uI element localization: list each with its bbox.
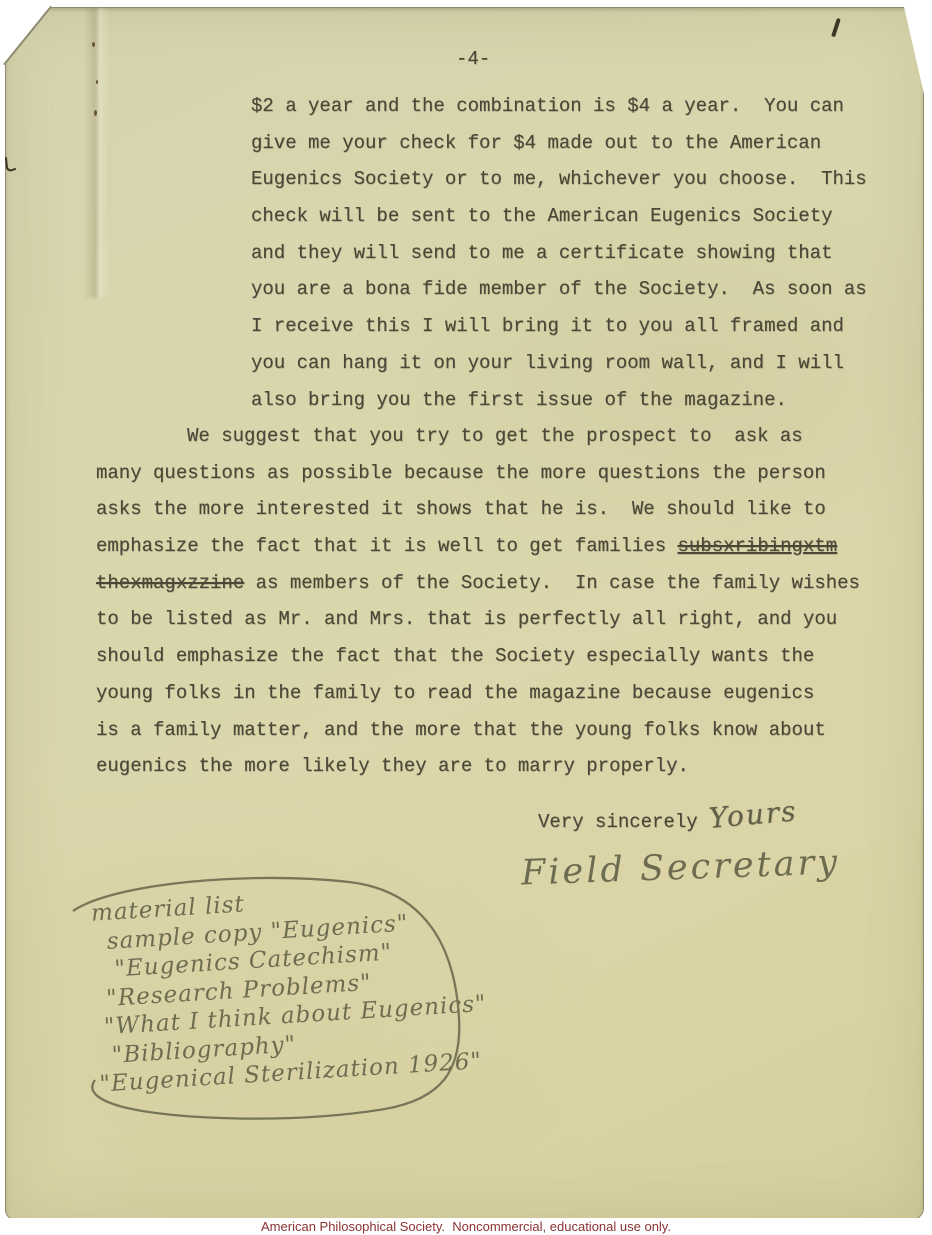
strikethrough-text: subsxribingxtm xyxy=(678,535,838,557)
ink-speck xyxy=(92,42,95,47)
typed-line-with-strikeout: emphasize the fact that it is well to ge… xyxy=(96,528,860,565)
paragraph-1: $2 a year and the combination is $4 a ye… xyxy=(251,88,867,418)
clipped-corner-top-right xyxy=(902,7,924,95)
typed-line: also bring you the first issue of the ma… xyxy=(251,382,867,419)
torn-corner-top-left xyxy=(5,7,53,65)
typed-line: and they will send to me a certificate s… xyxy=(251,235,867,272)
page-number: -4- xyxy=(456,48,490,70)
typed-line: you can hang it on your living room wall… xyxy=(251,345,867,382)
typed-line: I receive this I will bring it to you al… xyxy=(251,308,867,345)
paragraph-2: We suggest that you try to get the prosp… xyxy=(96,418,860,785)
handwritten-notes-list: material list sample copy "Eugenics" "Eu… xyxy=(82,876,491,1099)
closing-line: Very sincerely Yours xyxy=(538,798,798,838)
ink-speck xyxy=(96,80,98,84)
typed-line: check will be sent to the American Eugen… xyxy=(251,198,867,235)
ink-speck xyxy=(94,110,97,116)
scanned-letter-page: -4- $2 a year and the combination is $4 … xyxy=(0,0,932,1235)
typed-line: you are a bona fide member of the Societ… xyxy=(251,271,867,308)
typed-line: We suggest that you try to get the prosp… xyxy=(96,418,860,455)
typed-line: to be listed as Mr. and Mrs. that is per… xyxy=(96,601,860,638)
typed-text: as members of the Society. In case the f… xyxy=(244,572,860,594)
strikethrough-text: thexmagxzzine xyxy=(96,572,244,594)
typed-line: give me your check for $4 made out to th… xyxy=(251,125,867,162)
typed-line: Eugenics Society or to me, whichever you… xyxy=(251,161,867,198)
typed-line: eugenics the more likely they are to mar… xyxy=(96,748,860,785)
pen-mark-left-edge xyxy=(4,156,18,172)
paper-sheet: -4- $2 a year and the combination is $4 … xyxy=(5,7,924,1220)
typed-line: is a family matter, and the more that th… xyxy=(96,712,860,749)
typed-line: should emphasize the fact that the Socie… xyxy=(96,638,860,675)
footer-credit: American Philosophical Society. Noncomme… xyxy=(261,1219,671,1234)
fold-crease xyxy=(84,8,110,298)
closing-typed: Very sincerely xyxy=(538,811,698,833)
typed-line: many questions as possible because the m… xyxy=(96,455,860,492)
handwritten-yours: Yours xyxy=(707,791,799,839)
scan-footer: American Philosophical Society. Noncomme… xyxy=(0,1218,932,1235)
typed-line: $2 a year and the combination is $4 a ye… xyxy=(251,88,867,125)
typed-line-with-strikeout: thexmagxzzine as members of the Society.… xyxy=(96,565,860,602)
pen-mark-top-right xyxy=(831,18,841,37)
field-secretary-signature: Field Secretary xyxy=(520,842,840,893)
typed-line: asks the more interested it shows that h… xyxy=(96,491,860,528)
typed-line: young folks in the family to read the ma… xyxy=(96,675,860,712)
typed-text: emphasize the fact that it is well to ge… xyxy=(96,535,678,557)
